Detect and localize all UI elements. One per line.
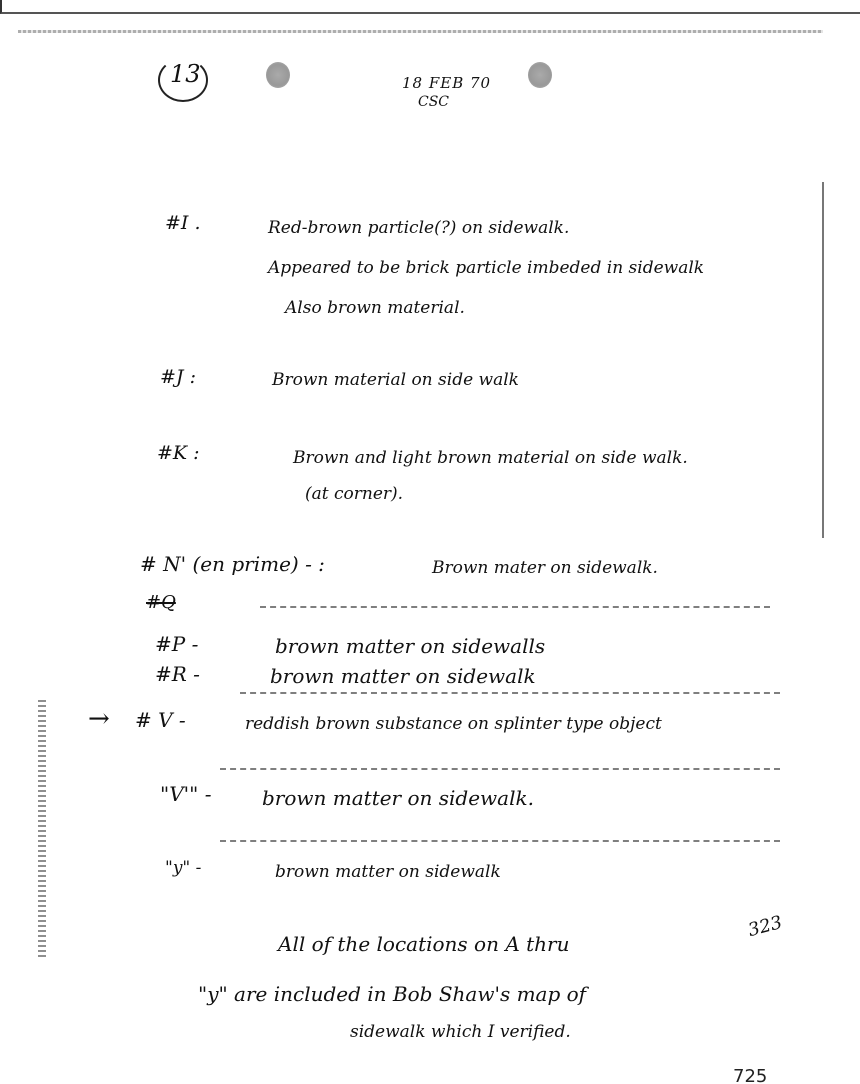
entry-label: "y" - bbox=[165, 858, 201, 878]
entry-text: Red-brown particle(?) on sidewalk. bbox=[268, 218, 569, 238]
page-marker: 13 bbox=[170, 60, 201, 88]
entry-label: #I . bbox=[165, 212, 201, 234]
ruled-line bbox=[220, 768, 780, 770]
entry-text: brown matter on sidewalk bbox=[270, 664, 536, 688]
entry-text: Appeared to be brick particle imbeded in… bbox=[268, 258, 704, 278]
margin-note: 323 bbox=[746, 912, 785, 941]
entry-label: # N' (en prime) - : bbox=[140, 552, 325, 576]
ruled-line bbox=[220, 840, 780, 842]
entry-label: #R - bbox=[155, 662, 200, 686]
entry-text: brown matter on sidewalk. bbox=[262, 786, 534, 810]
page-number: 725 bbox=[733, 1066, 767, 1084]
entry-label: # V - bbox=[135, 708, 186, 732]
margin-line bbox=[822, 182, 824, 538]
page-top-edge bbox=[0, 0, 860, 14]
entry-text: Also brown material. bbox=[285, 298, 465, 318]
entry-text: Brown material on side walk bbox=[272, 370, 519, 390]
initials: CSC bbox=[418, 94, 449, 110]
entry-text: reddish brown substance on splinter type… bbox=[245, 714, 662, 734]
punch-hole-icon bbox=[266, 62, 290, 88]
entry-text: brown matter on sidewalls bbox=[275, 634, 545, 658]
struck-out-mark: #Q bbox=[146, 592, 176, 613]
summary-line: "y" are included in Bob Shaw's map of bbox=[198, 982, 586, 1006]
summary-line: All of the locations on A thru bbox=[278, 932, 569, 956]
entry-label: #K : bbox=[157, 442, 200, 464]
punch-hole-icon bbox=[528, 62, 552, 88]
entry-label: "V'" - bbox=[160, 782, 211, 806]
entry-text: (at corner). bbox=[305, 484, 403, 504]
entry-text: Brown and light brown material on side w… bbox=[293, 448, 688, 468]
arrow-icon: → bbox=[88, 704, 110, 734]
entry-text: Brown mater on sidewalk. bbox=[432, 558, 658, 578]
summary-line: sidewalk which I verified. bbox=[350, 1022, 571, 1042]
entry-text: brown matter on sidewalk bbox=[275, 862, 501, 882]
header-rule bbox=[18, 30, 823, 33]
ruled-line bbox=[240, 692, 780, 694]
ruled-line bbox=[260, 606, 770, 608]
entry-label: #J : bbox=[160, 366, 196, 388]
entry-label: #P - bbox=[155, 632, 198, 656]
date: 18 FEB 70 bbox=[402, 74, 491, 92]
scan-noise bbox=[38, 700, 46, 960]
